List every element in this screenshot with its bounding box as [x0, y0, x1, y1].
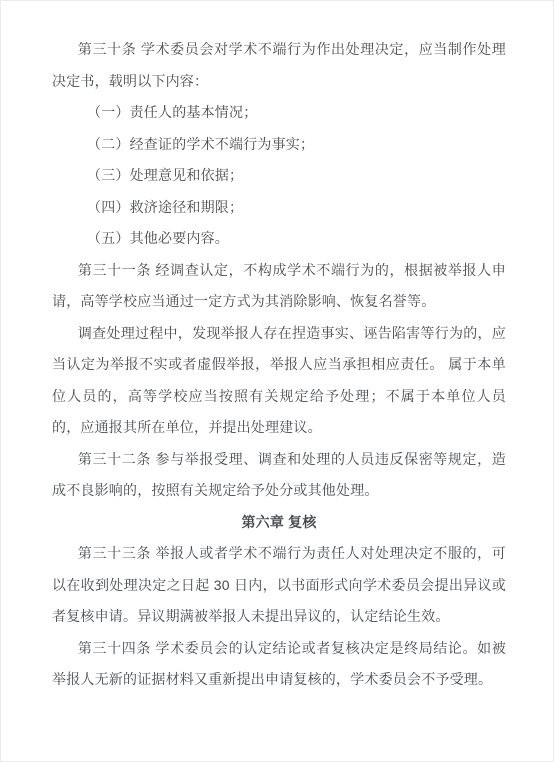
list-item: （五）其他必要内容。	[87, 223, 506, 255]
paragraph: 第三十一条 经调查认定，不构成学术不端行为的，根据被举报人申请，高等学校应当通过…	[52, 255, 506, 318]
list-item: （一）责任人的基本情况；	[87, 97, 506, 129]
list-item: （四）救济途径和期限；	[87, 192, 506, 224]
paragraph: 第三十四条 学术委员会的认定结论或者复核决定是终局结论。如被举报人无新的证据材料…	[52, 633, 506, 696]
paragraph: 第三十三条 举报人或者学术不端行为责任人对处理决定不服的，可以在收到处理决定之日…	[52, 538, 506, 633]
list-item: （三）处理意见和依据；	[87, 160, 506, 192]
list-item: （二）经查证的学术不端行为事实；	[87, 129, 506, 161]
paragraph: 调查处理过程中，发现举报人存在捏造事实、诬告陷害等行为的，应当认定为举报不实或者…	[52, 318, 506, 444]
chapter-heading: 第六章 复核	[52, 507, 506, 539]
document-body: 第三十条 学术委员会对学术不端行为作出处理决定，应当制作处理决定书，载明以下内容…	[52, 34, 506, 696]
paragraph: 第三十二条 参与举报受理、调查和处理的人员违反保密等规定，造成不良影响的，按照有…	[52, 444, 506, 507]
paragraph: 第三十条 学术委员会对学术不端行为作出处理决定，应当制作处理决定书，载明以下内容…	[52, 34, 506, 97]
document-page: 第三十条 学术委员会对学术不端行为作出处理决定，应当制作处理决定书，载明以下内容…	[0, 0, 554, 762]
